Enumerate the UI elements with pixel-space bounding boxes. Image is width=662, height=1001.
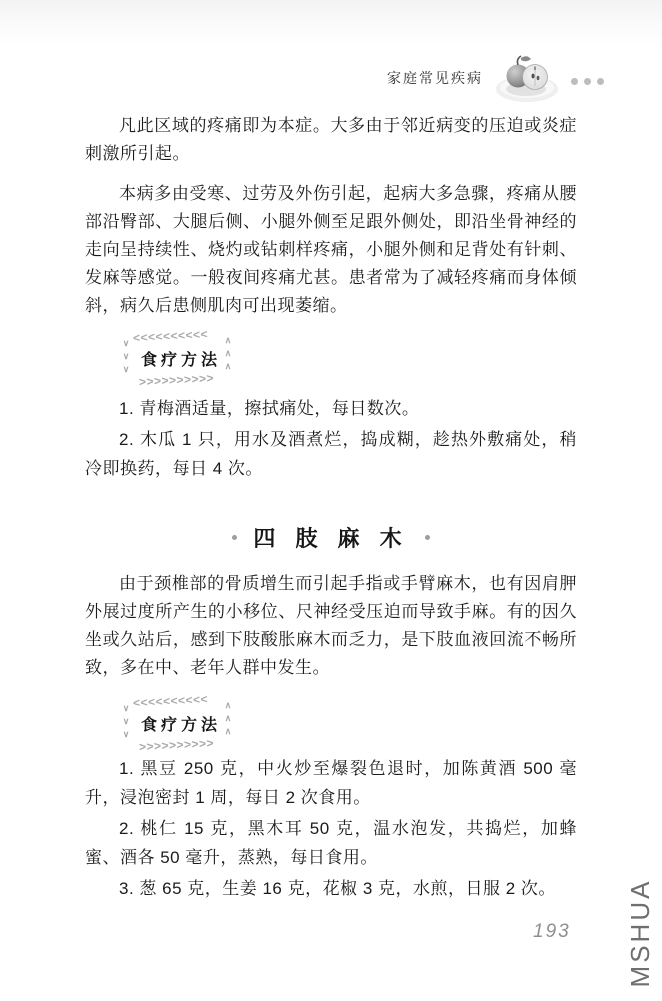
therapy-heading: 食疗方法: [141, 347, 221, 370]
paragraph-numbness-intro: 由于颈椎部的骨质增生而引起手指或手臂麻木，也有因肩胛外展过度所产生的小移位、尺神…: [85, 570, 577, 682]
chapter-title-row: 四 肢 麻 木: [85, 520, 577, 554]
recipe-list: 1. 黑豆 250 克，中火炒至爆裂色退时，加陈黄酒 500 毫升，浸泡密封 1…: [85, 754, 577, 905]
recipe-item: 2. 木瓜 1 只，用水及酒煮烂，捣成糊，趁热外敷痛处，稍冷即换药，每日 4 次…: [85, 425, 577, 483]
dot-icon: [571, 78, 578, 85]
recipe-item: 3. 葱 65 克，生姜 16 克，花椒 3 克，水煎，日服 2 次。: [85, 874, 577, 903]
chapter-title: 四 肢 麻 木: [253, 522, 408, 553]
page-header: 家庭常见疾病: [387, 50, 604, 106]
book-page: 家庭常见疾病: [0, 0, 662, 1001]
header-dots-icon: [571, 78, 604, 85]
recipe-list: 1. 青梅酒适量，擦拭痛处，每日数次。 2. 木瓜 1 只，用水及酒煮烂，捣成糊…: [85, 394, 577, 485]
recipe-item: 1. 黑豆 250 克，中火炒至爆裂色退时，加陈黄酒 500 毫升，浸泡密封 1…: [85, 754, 577, 812]
therapy-heading-box: <<<<<<<<<< >>>>>>>>>> ∨∨∨ ∧∧∧ 食疗方法: [127, 701, 231, 745]
frame-top-chevrons: <<<<<<<<<<: [133, 327, 209, 345]
paragraph-disease-course: 本病多由受寒、过劳及外伤引起，起病大多急骤，疼痛从腰部沿臀部、大腿后侧、小腿外侧…: [85, 180, 577, 320]
dot-icon: [584, 78, 591, 85]
title-dot-icon: [232, 535, 237, 540]
frame-top-chevrons: <<<<<<<<<<: [133, 692, 209, 710]
therapy-heading-box: <<<<<<<<<< >>>>>>>>>> ∨∨∨ ∧∧∧ 食疗方法: [127, 336, 231, 380]
recipe-item: 1. 青梅酒适量，擦拭痛处，每日数次。: [85, 394, 577, 423]
frame-bottom-chevrons: >>>>>>>>>>: [139, 736, 215, 754]
frame-bottom-chevrons: >>>>>>>>>>: [139, 371, 215, 389]
page-number: 193: [533, 921, 571, 943]
dot-icon: [597, 78, 604, 85]
frame-right-chevrons: ∧∧∧: [224, 701, 234, 740]
scan-edge-shading: [0, 0, 662, 46]
frame-right-chevrons: ∧∧∧: [224, 336, 234, 375]
running-head-title: 家庭常见疾病: [387, 68, 483, 88]
title-dot-icon: [425, 535, 430, 540]
paragraph-region-pain: 凡此区域的疼痛即为本症。大多由于邻近病变的压迫或炎症刺激所引起。: [85, 112, 577, 168]
gutter-watermark: MSHUA: [625, 878, 655, 988]
recipe-item: 2. 桃仁 15 克，黑木耳 50 克，温水泡发，共捣烂，加蜂蜜、酒各 50 毫…: [85, 814, 577, 872]
therapy-heading: 食疗方法: [141, 712, 221, 735]
frame-left-chevrons: ∨∨∨: [122, 704, 132, 743]
frame-left-chevrons: ∨∨∨: [122, 339, 132, 378]
apple-plate-icon: [493, 51, 561, 105]
